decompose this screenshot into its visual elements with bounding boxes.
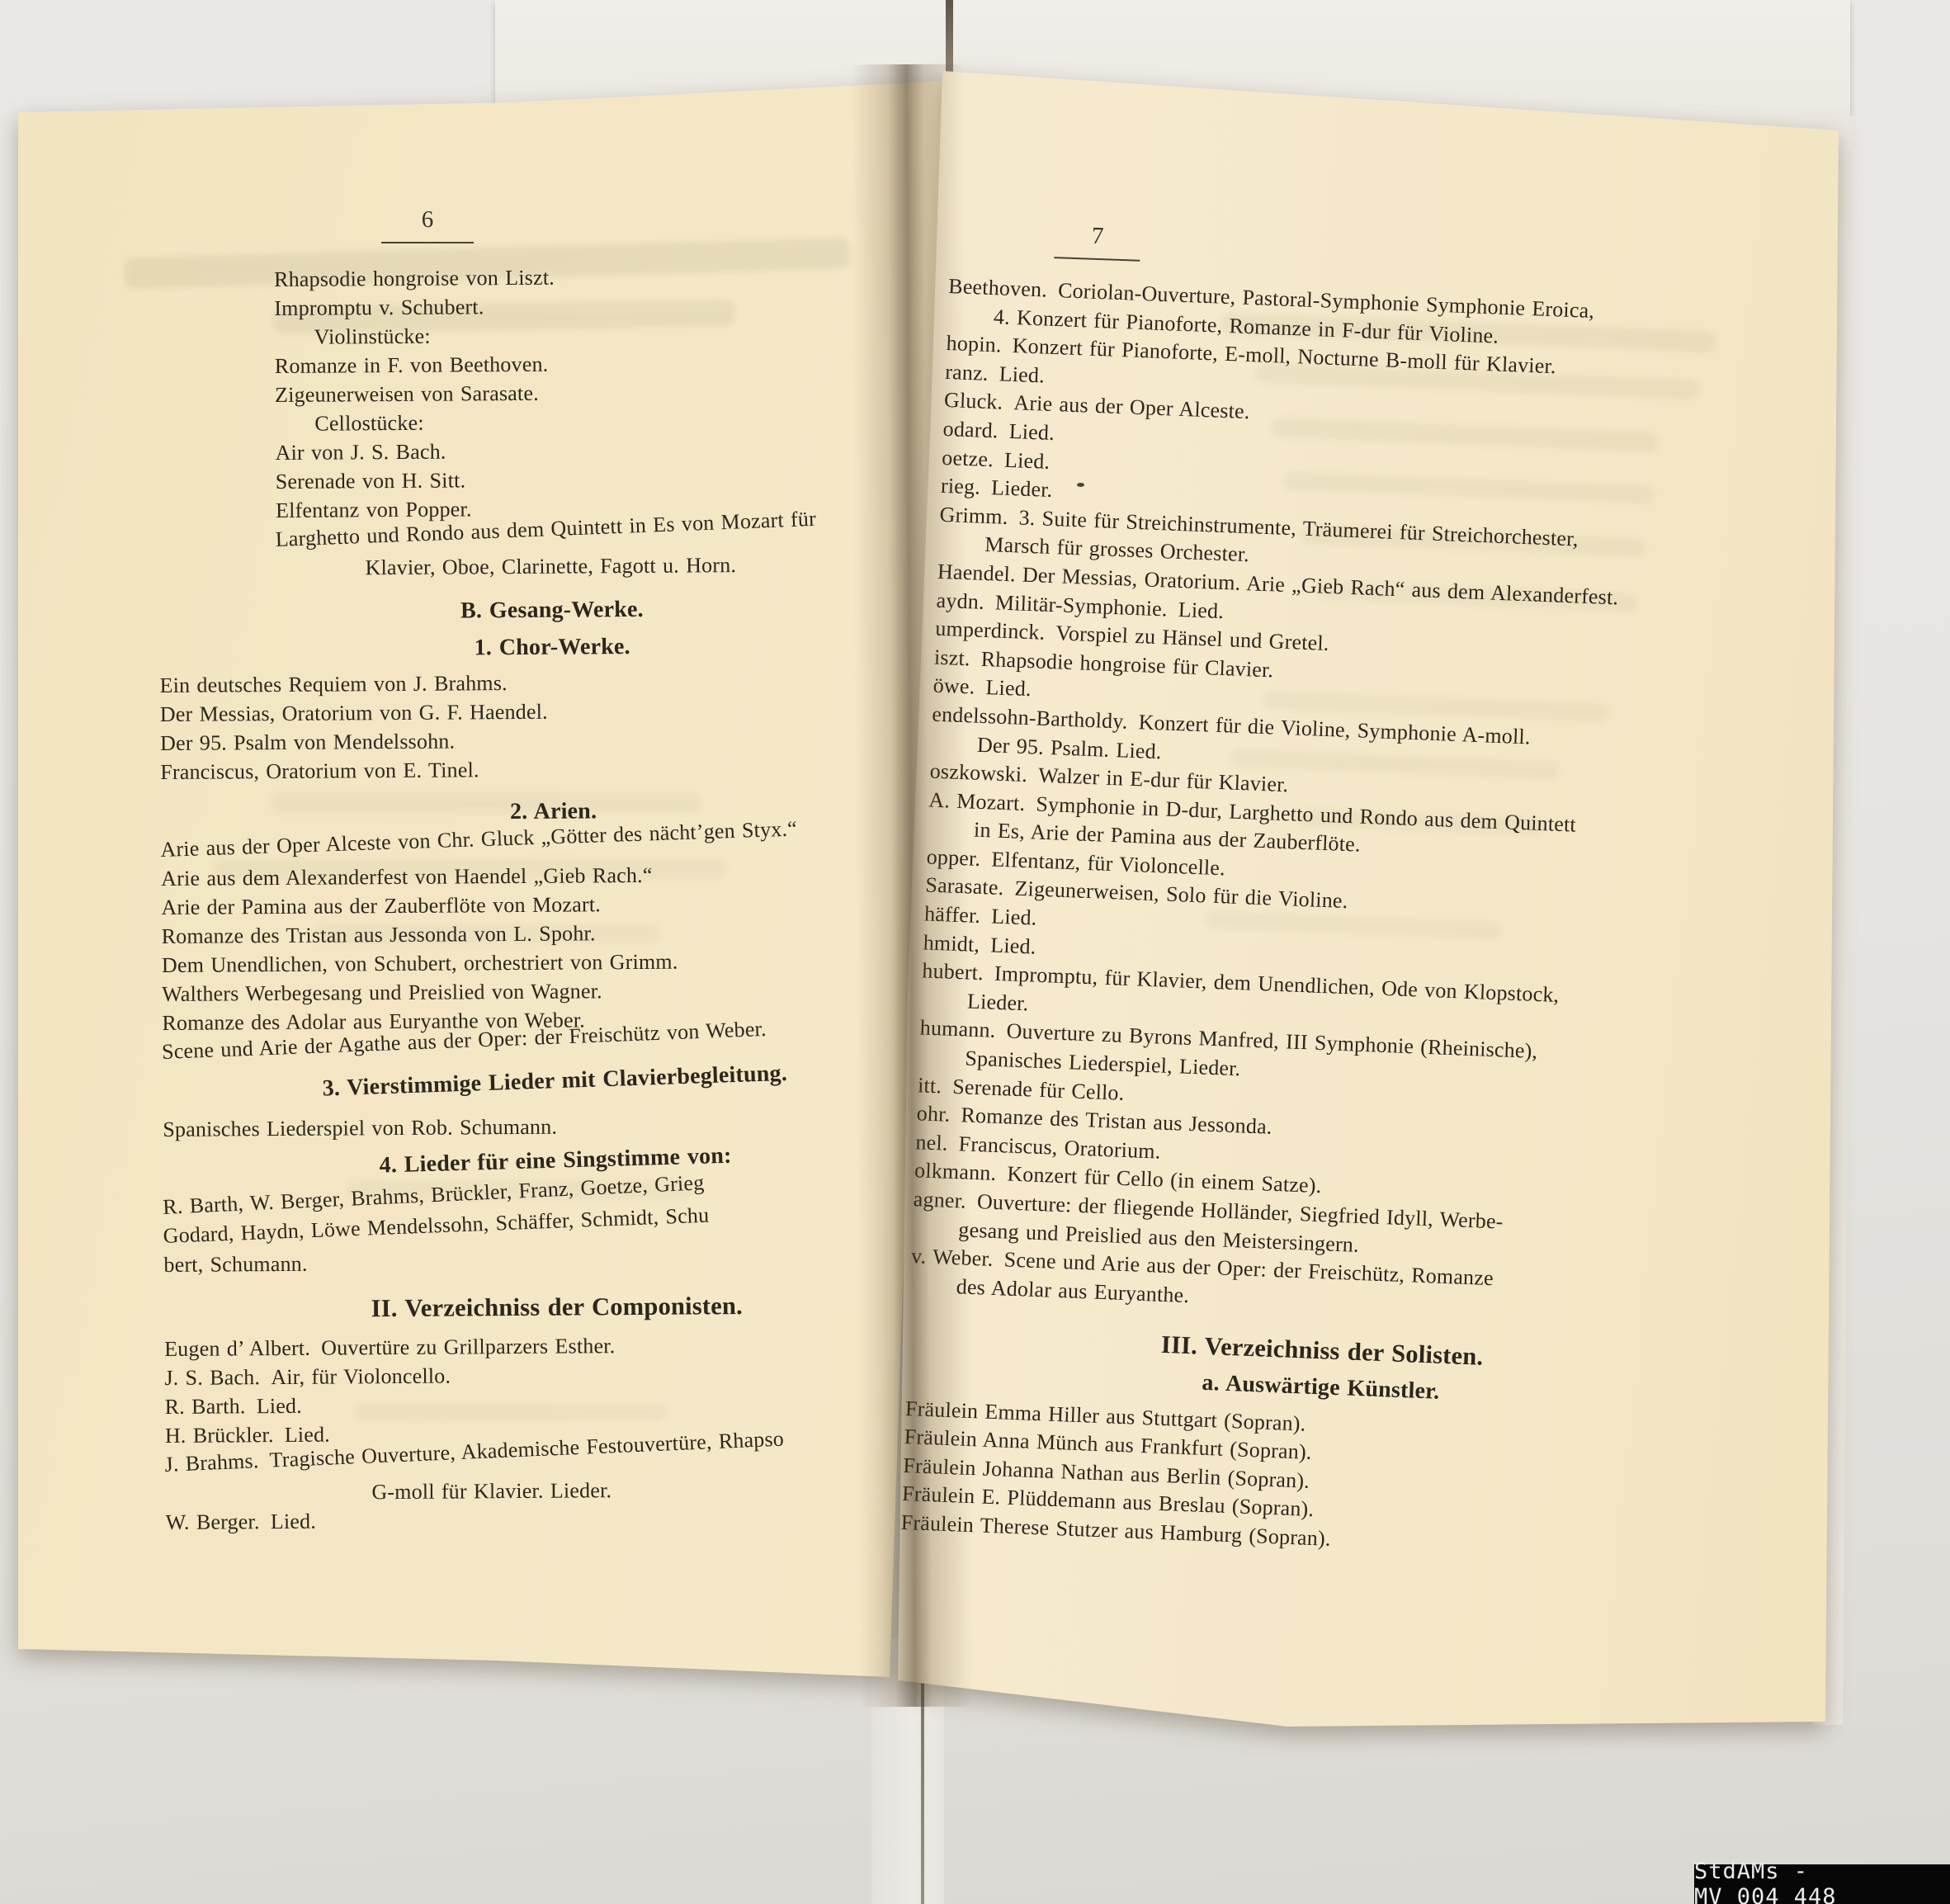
- text-line: W. Berger. Lied.: [166, 1502, 951, 1537]
- book-scan: 6 7 Rhapsodie hongroise von Liszt.Improm…: [0, 0, 1950, 1904]
- text-line: Impromptu v. Schubert.: [274, 289, 942, 323]
- page-number-left: 6: [381, 206, 474, 243]
- text-line: 1. Chor-Werke.: [159, 630, 945, 664]
- text-line: B. Gesang-Werke.: [159, 593, 945, 627]
- text-line: Rhapsodie hongroise von Liszt.: [274, 260, 942, 294]
- text-line: Klavier, Oboe, Clarinette, Fagott u. Hor…: [365, 549, 944, 582]
- text-line: G-moll für Klavier. Lieder.: [371, 1473, 951, 1506]
- page-6-text: Rhapsodie hongroise von Liszt.Impromptu …: [157, 260, 951, 1537]
- page-number-right: 7: [1054, 221, 1141, 262]
- text-line: bert, Schumann.: [163, 1245, 949, 1279]
- text-line: Serenade von H. Sitt.: [276, 462, 944, 496]
- text-line: Air von J. S. Bach.: [275, 433, 943, 467]
- text-line: Cellostücke:: [314, 404, 943, 437]
- text-line: Zigeunerweisen von Sarasate.: [275, 376, 943, 409]
- text-line: II. Verzeichniss der Componisten.: [164, 1290, 950, 1325]
- text-line: Franciscus, Oratorium von E. Tinel.: [160, 752, 946, 787]
- text-line: Violinstücke:: [314, 318, 942, 351]
- archive-reference-label: StdAMs - MV_004_448: [1694, 1864, 1950, 1904]
- text-line: Romanze in F. von Beethoven.: [275, 347, 943, 380]
- page-7-text: Beethoven. Coriolan-Ouverture, Pastoral-…: [900, 272, 1777, 1569]
